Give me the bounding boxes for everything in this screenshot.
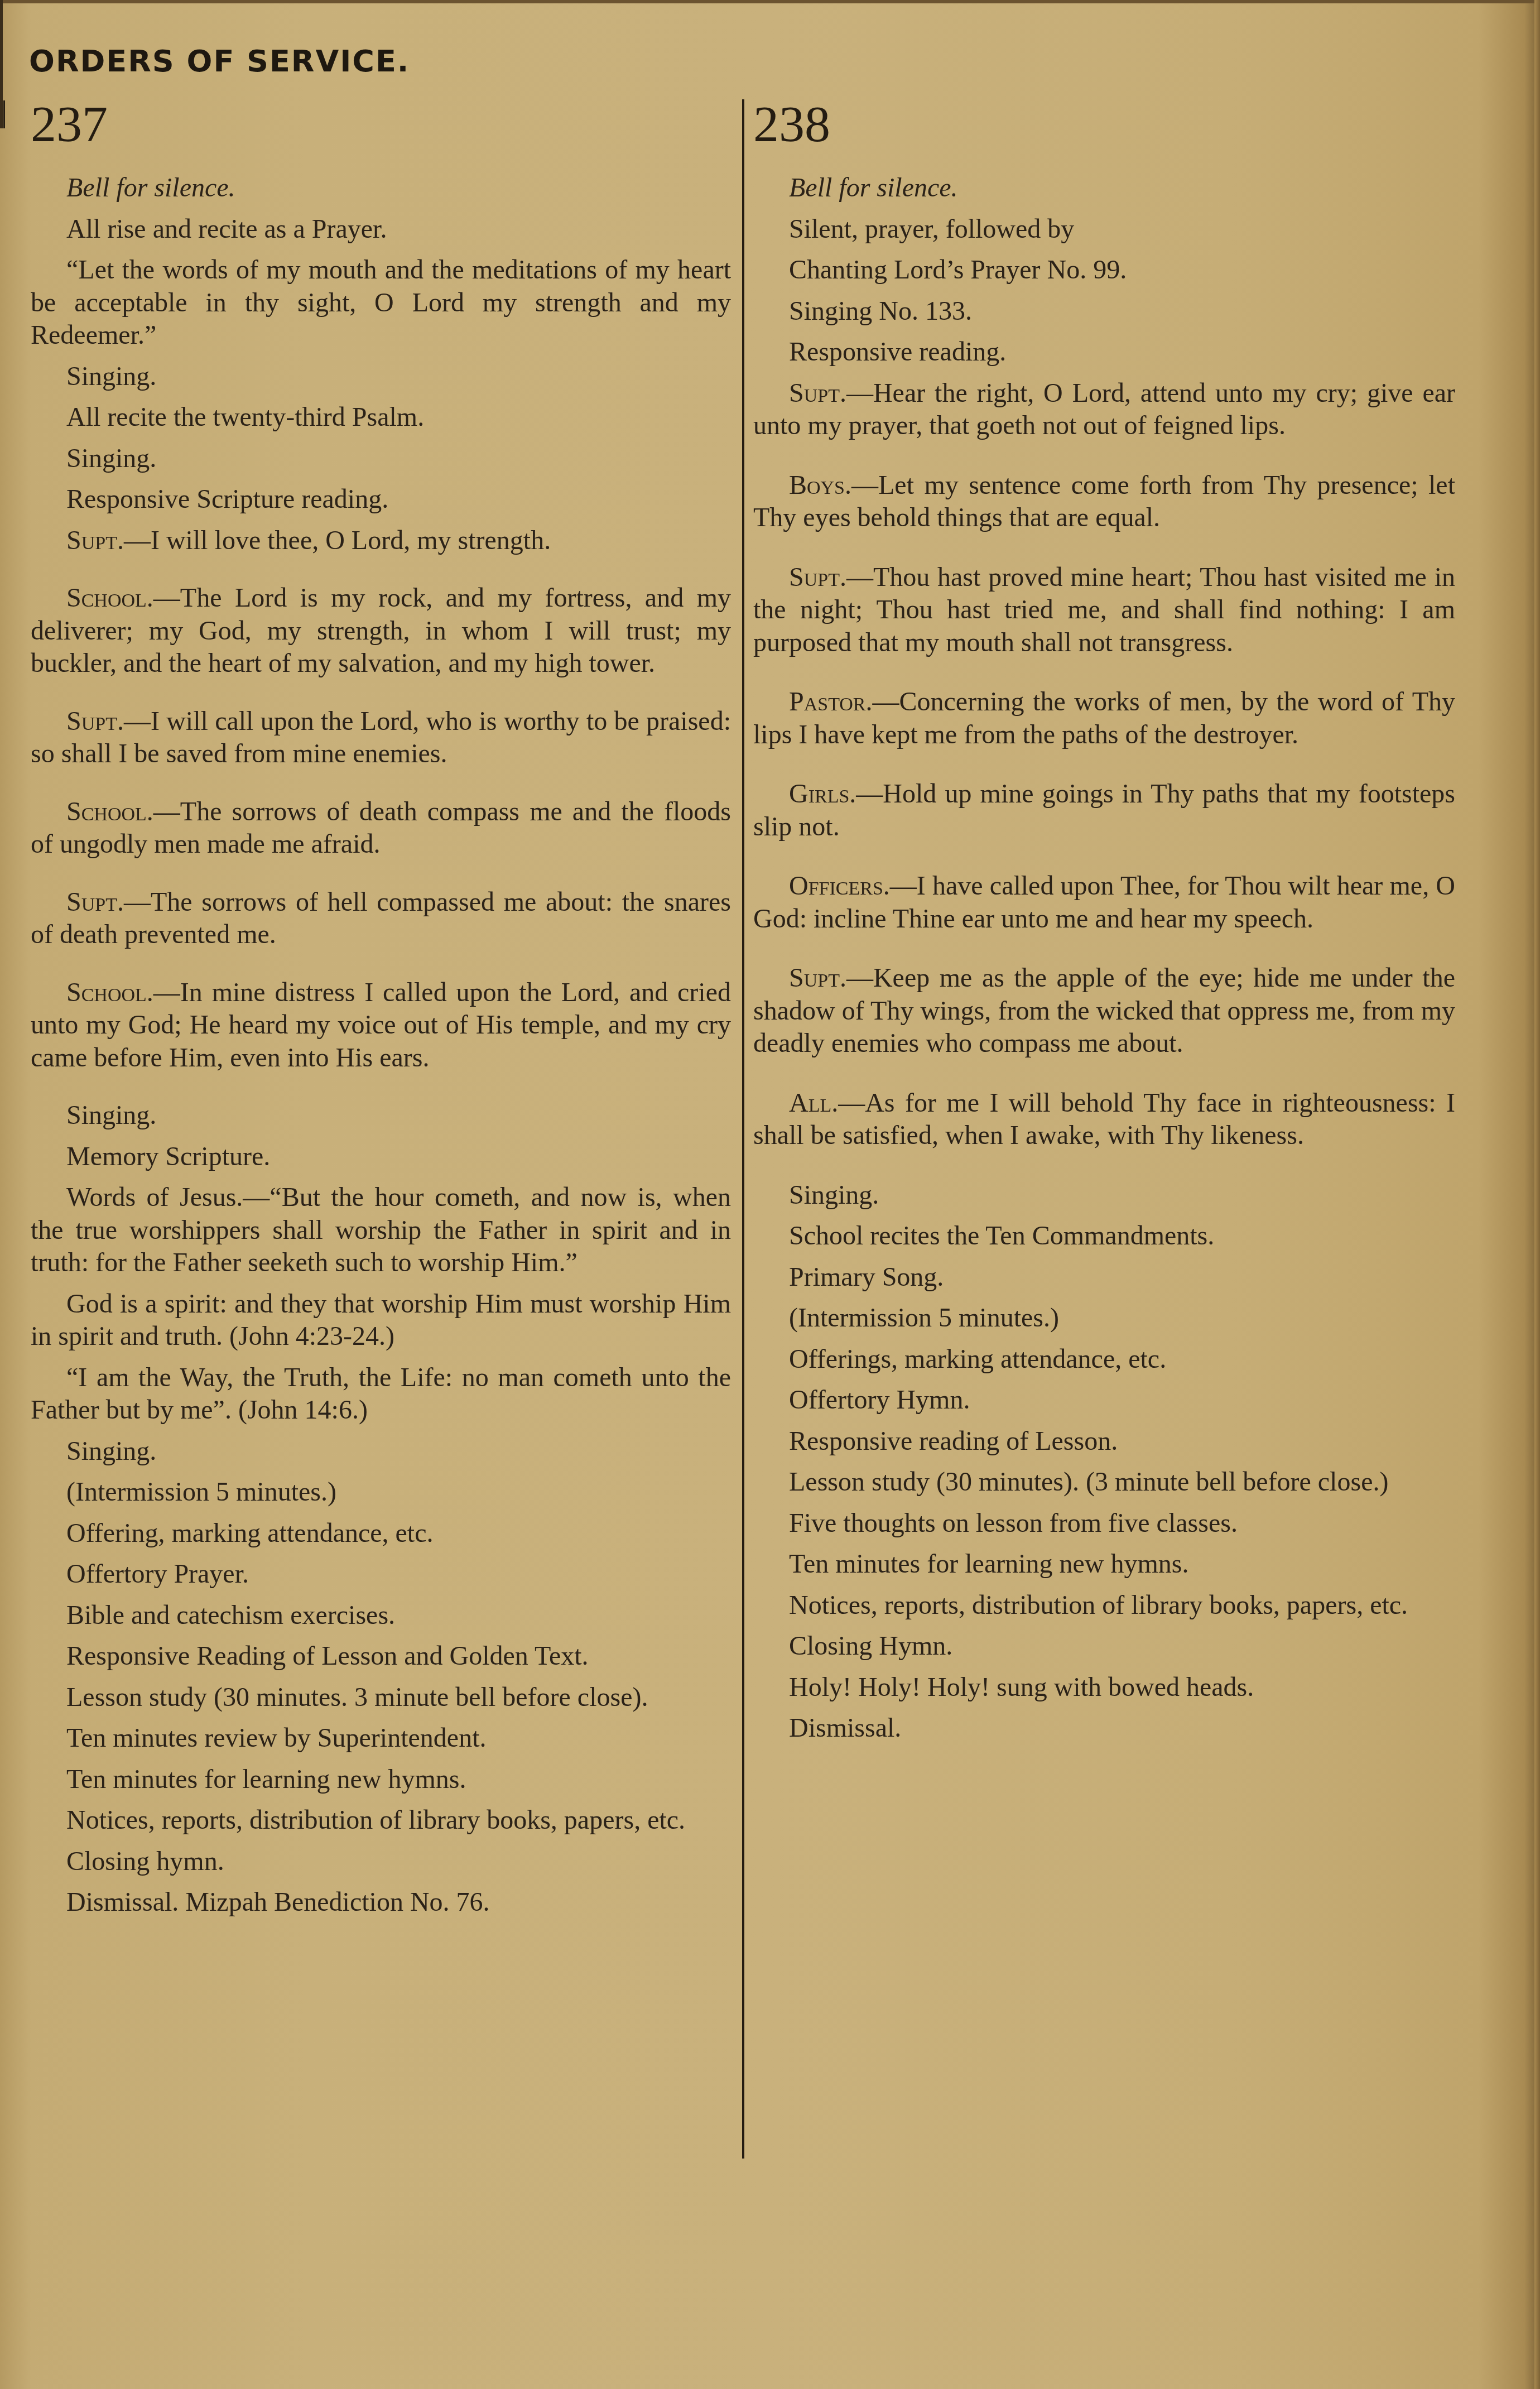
entry-text: Bell for silence. — [789, 173, 958, 203]
responsive-line: Supt.—I will love thee, O Lord, my stren… — [31, 525, 731, 557]
service-item: (Intermission 5 minutes.) — [31, 1476, 731, 1509]
service-item: School recites the Ten Commandments. — [753, 1220, 1455, 1253]
order-entries: Bell for silence.Silent, prayer, followe… — [753, 172, 1455, 1745]
entry-text: Bell for silence. — [66, 173, 235, 203]
entry-text: —I will love thee, O Lord, my strength. — [124, 526, 551, 555]
speaker-label: School. — [66, 583, 153, 613]
entry-text: Responsive Scripture reading. — [66, 484, 388, 514]
speaker-label: School. — [66, 797, 153, 826]
entry-text: Five thoughts on lesson from five classe… — [789, 1508, 1238, 1538]
entry-text: Lesson study (30 minutes). (3 minute bel… — [789, 1467, 1388, 1497]
service-item: Singing. — [753, 1179, 1455, 1212]
responsive-line: All.—As for me I will behold Thy face in… — [753, 1087, 1455, 1152]
responsive-line: Supt.—Hear the right, O Lord, attend unt… — [753, 377, 1455, 443]
service-item: Primary Song. — [753, 1261, 1455, 1294]
service-item: Holy! Holy! Holy! sung with bowed heads. — [753, 1671, 1455, 1704]
service-item: Dismissal. — [753, 1712, 1455, 1745]
responsive-line: Supt.—The sorrows of hell compassed me a… — [31, 886, 731, 951]
entry-text: Offerings, marking attendance, etc. — [789, 1344, 1166, 1374]
service-item: Closing Hymn. — [753, 1630, 1455, 1663]
service-item: Offertory Prayer. — [31, 1558, 731, 1591]
service-item: Singing. — [31, 360, 731, 393]
service-item: Bell for silence. — [31, 172, 731, 205]
entry-text: —As for me I will behold Thy face in rig… — [753, 1088, 1455, 1151]
entry-text: Responsive reading of Lesson. — [789, 1426, 1118, 1456]
entry-text: (Intermission 5 minutes.) — [66, 1477, 336, 1507]
responsive-line: Pastor.—Concerning the works of men, by … — [753, 686, 1455, 751]
entry-text: —I will call upon the Lord, who is worth… — [31, 706, 731, 769]
service-item: Lesson study (30 minutes). (3 minute bel… — [753, 1466, 1455, 1499]
entry-text: Closing Hymn. — [789, 1631, 952, 1661]
entry-text: Chanting Lord’s Prayer No. 99. — [789, 255, 1127, 285]
responsive-line: Supt.—Keep me as the apple of the eye; h… — [753, 962, 1455, 1060]
responsive-line: Supt.—Thou hast proved mine heart; Thou … — [753, 561, 1455, 660]
page-top-edge — [0, 0, 1540, 3]
service-item: Closing hymn. — [31, 1845, 731, 1878]
service-item: Singing No. 133. — [753, 295, 1455, 328]
order-number: 238 — [753, 96, 1455, 152]
entry-text: Dismissal. Mizpah Benediction No. 76. — [66, 1887, 490, 1917]
entry-text: Responsive reading. — [789, 337, 1006, 367]
speaker-label: School. — [66, 978, 153, 1007]
entry-text: —Thou hast proved mine heart; Thou hast … — [753, 563, 1455, 657]
entry-text: Closing hymn. — [66, 1847, 224, 1876]
service-item: Words of Jesus.—“But the hour cometh, an… — [31, 1181, 731, 1280]
service-item: Dismissal. Mizpah Benediction No. 76. — [31, 1886, 731, 1919]
service-item: (Intermission 5 minutes.) — [753, 1302, 1455, 1335]
service-item: Responsive reading of Lesson. — [753, 1425, 1455, 1458]
service-item: Ten minutes for learning new hymns. — [753, 1548, 1455, 1581]
entry-text: All recite the twenty-third Psalm. — [66, 402, 424, 432]
service-item: Notices, reports, distribution of librar… — [31, 1804, 731, 1837]
entry-text: God is a spirit: and they that worship H… — [31, 1289, 731, 1352]
responsive-line: Boys.—Let my sentence come forth from Th… — [753, 469, 1455, 535]
entry-text: —Hear the right, O Lord, attend unto my … — [753, 378, 1455, 441]
order-entries: Bell for silence.All rise and recite as … — [31, 172, 731, 1919]
entry-text: Primary Song. — [789, 1262, 944, 1292]
left-margin-rule — [3, 100, 5, 128]
service-item: Bible and catechism exercises. — [31, 1599, 731, 1632]
entry-text: Ten minutes review by Superintendent. — [66, 1723, 486, 1753]
entry-text: Singing. — [66, 444, 156, 473]
entry-text: Responsive Reading of Lesson and Golden … — [66, 1641, 589, 1671]
entry-text: Bible and catechism exercises. — [66, 1600, 395, 1630]
entry-text: Singing. — [66, 362, 156, 391]
entry-text: Holy! Holy! Holy! sung with bowed heads. — [789, 1672, 1254, 1702]
entry-text: (Intermission 5 minutes.) — [789, 1303, 1059, 1333]
column-divider — [742, 99, 744, 2159]
page-left-edge — [0, 0, 3, 128]
entry-text: Singing No. 133. — [789, 296, 972, 326]
service-item: All rise and recite as a Prayer. — [31, 213, 731, 246]
order-of-service-237: 237 Bell for silence.All rise and recite… — [31, 96, 731, 1927]
entry-text: “I am the Way, the Truth, the Life: no m… — [31, 1363, 731, 1425]
page-heading: ORDERS OF SERVICE. — [29, 44, 410, 79]
speaker-label: Supt. — [789, 378, 846, 408]
entry-text: Offering, marking attendance, etc. — [66, 1518, 434, 1548]
speaker-label: Officers. — [789, 871, 890, 901]
entry-text: Dismissal. — [789, 1713, 901, 1743]
entry-text: Silent, prayer, followed by — [789, 214, 1074, 244]
order-number: 237 — [31, 96, 731, 152]
speaker-label: Supt. — [66, 526, 124, 555]
entry-text: “Let the words of my mouth and the medit… — [31, 255, 731, 350]
entry-text: —Let my sentence come forth from Thy pre… — [753, 470, 1455, 533]
entry-text: All rise and recite as a Prayer. — [66, 214, 387, 244]
responsive-line: School.—The Lord is my rock, and my fort… — [31, 582, 731, 680]
service-item: Lesson study (30 minutes. 3 minute bell … — [31, 1681, 731, 1714]
service-item: Ten minutes for learning new hymns. — [31, 1763, 731, 1796]
service-item: “Let the words of my mouth and the medit… — [31, 254, 731, 352]
entry-text: Notices, reports, distribution of librar… — [66, 1805, 685, 1835]
entry-text: Ten minutes for learning new hymns. — [66, 1765, 466, 1794]
service-item: All recite the twenty-third Psalm. — [31, 401, 731, 434]
entry-text: —Hold up mine goings in Thy paths that m… — [753, 779, 1455, 842]
entry-text: Offertory Hymn. — [789, 1385, 970, 1415]
order-of-service-238: 238 Bell for silence.Silent, prayer, fol… — [753, 96, 1455, 1753]
entry-text: Notices, reports, distribution of librar… — [789, 1590, 1408, 1620]
entry-text: —Keep me as the apple of the eye; hide m… — [753, 963, 1455, 1058]
service-item: God is a spirit: and they that worship H… — [31, 1288, 731, 1353]
speaker-label: Supt. — [66, 887, 124, 917]
service-item: Singing. — [31, 443, 731, 475]
responsive-line: School.—In mine distress I called upon t… — [31, 977, 731, 1075]
speaker-label: Boys. — [789, 470, 851, 500]
service-item: Offerings, marking attendance, etc. — [753, 1343, 1455, 1376]
service-item: Responsive Reading of Lesson and Golden … — [31, 1640, 731, 1673]
service-item: Chanting Lord’s Prayer No. 99. — [753, 254, 1455, 287]
entry-text: —The sorrows of hell compassed me about:… — [31, 887, 731, 950]
entry-text: Offertory Prayer. — [66, 1559, 249, 1589]
speaker-label: Pastor. — [789, 687, 873, 717]
service-item: Silent, prayer, followed by — [753, 213, 1455, 246]
service-item: “I am the Way, the Truth, the Life: no m… — [31, 1362, 731, 1427]
entry-text: Memory Scripture. — [66, 1142, 270, 1171]
service-item: Five thoughts on lesson from five classe… — [753, 1507, 1455, 1540]
service-item: Memory Scripture. — [31, 1141, 731, 1174]
entry-text: School recites the Ten Commandments. — [789, 1221, 1214, 1251]
entry-text: Words of Jesus.—“But the hour cometh, an… — [31, 1183, 731, 1277]
service-item: Offering, marking attendance, etc. — [31, 1517, 731, 1550]
entry-text: Singing. — [66, 1100, 156, 1130]
entry-text: Singing. — [66, 1436, 156, 1466]
entry-text: Singing. — [789, 1180, 879, 1210]
speaker-label: Girls. — [789, 779, 856, 809]
speaker-label: All. — [789, 1088, 838, 1118]
responsive-line: Supt.—I will call upon the Lord, who is … — [31, 705, 731, 771]
entry-text: Ten minutes for learning new hymns. — [789, 1549, 1188, 1579]
service-item: Responsive Scripture reading. — [31, 483, 731, 516]
responsive-line: Officers.—I have called upon Thee, for T… — [753, 870, 1455, 935]
service-item: Responsive reading. — [753, 336, 1455, 369]
responsive-line: School.—The sorrows of death compass me … — [31, 796, 731, 861]
service-item: Ten minutes review by Superintendent. — [31, 1722, 731, 1755]
responsive-line: Girls.—Hold up mine goings in Thy paths … — [753, 778, 1455, 843]
speaker-label: Supt. — [789, 963, 846, 993]
service-item: Offertory Hymn. — [753, 1384, 1455, 1417]
service-item: Singing. — [31, 1099, 731, 1132]
entry-text: Lesson study (30 minutes. 3 minute bell … — [66, 1683, 648, 1712]
speaker-label: Supt. — [66, 706, 124, 736]
service-item: Notices, reports, distribution of librar… — [753, 1589, 1455, 1622]
speaker-label: Supt. — [789, 563, 846, 592]
page-right-edge — [1534, 0, 1540, 2389]
service-item: Bell for silence. — [753, 172, 1455, 205]
service-item: Singing. — [31, 1435, 731, 1468]
